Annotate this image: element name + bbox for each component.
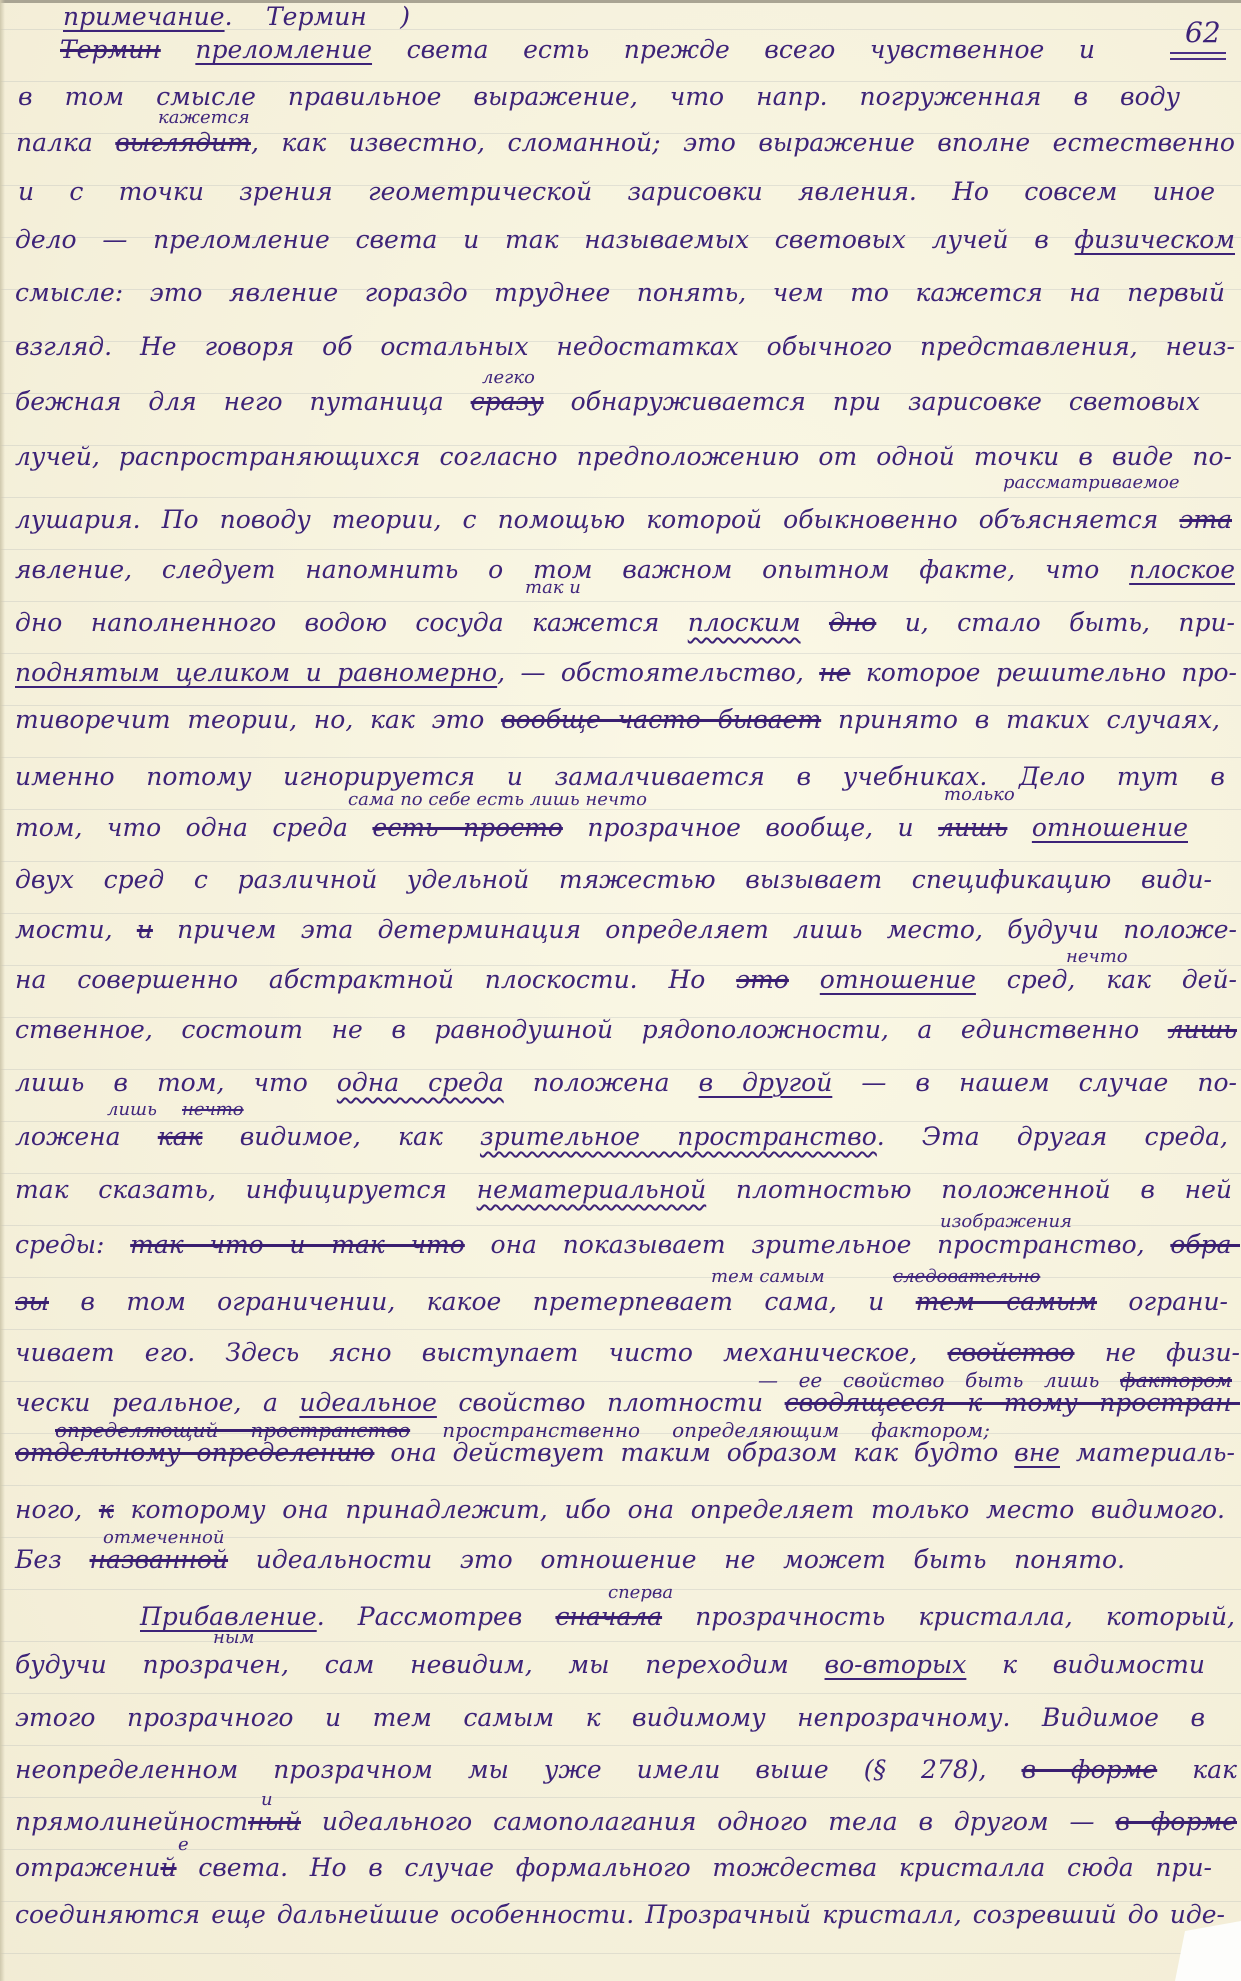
text-segment: идеального самополагания одного тела в д… (301, 1807, 1115, 1836)
struck-text: в форме (1115, 1807, 1237, 1836)
text-segment: взгляд. Не говоря об остальных недостатк… (15, 332, 1235, 361)
text-segment: бежная для него путаница (15, 387, 471, 416)
underlined-text: вне (1014, 1438, 1060, 1467)
struck-text: ный (248, 1807, 301, 1836)
text-segment: которое решительно про- (850, 658, 1237, 687)
page-left-edge (0, 0, 5, 1981)
text-line: этого прозрачного и тем самым к видимому… (15, 1702, 1205, 1734)
inserted-letter: и (261, 1789, 273, 1811)
underlined-text: физическом (1075, 225, 1235, 254)
struck-text: выглядит (115, 128, 251, 157)
text-segment: принято в таких случаях, (821, 705, 1220, 734)
text-segment: соединяются еще дальнейшие особенности. … (15, 1900, 1225, 1929)
struck-text: лишь (1168, 1015, 1237, 1044)
struck-text: в форме (1021, 1755, 1157, 1784)
text-segment: чески реальное, а (15, 1388, 299, 1417)
text-segment: сред, как дей- (976, 965, 1237, 994)
text-segment: положена (504, 1068, 699, 1097)
text-line: прямолинейностный идеального самополаган… (15, 1806, 1237, 1838)
text-line: дело — преломление света и так называемы… (15, 224, 1235, 256)
struck-text: сразу (471, 387, 544, 416)
text-segment: будучи прозрачен, сам невидим, мы перехо… (15, 1650, 825, 1679)
text-segment: двух сред с различной удельной тяжестью … (15, 865, 1212, 894)
wavy-underlined-text: плоским (688, 608, 801, 637)
text-line: лучей, распространяющихся согласно предп… (15, 441, 1232, 473)
text-segment: ложена (15, 1122, 158, 1151)
struck-text: дно (829, 608, 876, 637)
text-segment: она показывает зрительное пространство, (465, 1230, 1171, 1259)
text-segment: идеальности это отношение не может быть … (228, 1545, 1125, 1574)
text-segment (1007, 813, 1031, 842)
text-segment: среды: (15, 1230, 130, 1259)
text-segment (789, 965, 820, 994)
text-line: тиворечит теории, но, как это вообще час… (15, 704, 1220, 736)
text-segment: Без (15, 1545, 90, 1574)
text-segment: прозрачность кристалла, который, (662, 1602, 1235, 1631)
struck-text: зы (15, 1287, 49, 1316)
text-line: отдельному определению она действует так… (15, 1437, 1235, 1469)
struck-text: эта (1179, 505, 1232, 534)
underlined-text: плоское (1129, 555, 1235, 584)
struck-text: сначала (555, 1602, 662, 1631)
text-segment: дно наполненного водою сосуда кажется (15, 608, 688, 637)
wavy-underlined-text: одна среда (337, 1068, 504, 1097)
text-segment: света. Но в случае формального тождества… (177, 1853, 1212, 1882)
text-line: палка выглядит, как известно, сломанной;… (16, 127, 1235, 159)
inserted-word: кажется (158, 107, 250, 129)
text-line: лушария. По поводу теории, с помощью кот… (15, 504, 1232, 536)
struck-text: лишь (938, 813, 1007, 842)
underlined-text: поднятым целиком и равномерно (15, 658, 497, 687)
struck-text: названной (90, 1545, 229, 1574)
text-segment: том, что одна среда (15, 813, 372, 842)
inserted-word: легко (482, 367, 535, 389)
struck-text: есть просто (372, 813, 563, 842)
text-segment: как (1157, 1755, 1237, 1784)
inserted-word: нечто (1066, 946, 1128, 968)
text-segment: лушария. По поводу теории, с помощью кот… (15, 505, 1179, 534)
text-segment: неопределенном прозрачном мы уже имели в… (15, 1755, 1021, 1784)
struck-text: свойство (947, 1338, 1074, 1367)
text-segment: света есть прежде всего чувственное и (372, 35, 1095, 64)
text-line: том, что одна среда есть просто прозрачн… (15, 812, 1188, 844)
text-segment: материаль- (1060, 1438, 1235, 1467)
inserted-letter: е (178, 1834, 189, 1856)
text-line: будучи прозрачен, сам невидим, мы перехо… (15, 1649, 1205, 1681)
text-line: неопределенном прозрачном мы уже имели в… (15, 1754, 1237, 1786)
text-segment: мости, (15, 915, 137, 944)
text-line: зы в том ограничении, какое претерпевает… (15, 1286, 1228, 1318)
text-segment: лишь в том, что (15, 1068, 337, 1097)
text-segment: смысле: это явление гораздо труднее поня… (15, 278, 1225, 307)
text-line: ного, к которому она принадлежит, ибо он… (15, 1494, 1225, 1526)
text-segment (161, 35, 196, 64)
inserted-word: рассматриваемое (1003, 472, 1180, 494)
text-segment: причем эта детерминация определяет лишь … (153, 915, 1237, 944)
inserted-word: отмеченной (103, 1527, 224, 1549)
text-segment: тиворечит теории, но, как это (15, 705, 501, 734)
text-segment: . Рассмотрев (317, 1602, 556, 1631)
inserted-word: только (944, 784, 1015, 806)
text-line: и с точки зрения геометрической зарисовк… (18, 176, 1215, 208)
text-line: чивает его. Здесь ясно выступает чисто м… (15, 1337, 1240, 1369)
page-number: 62 (1185, 18, 1221, 48)
struck-text: тем самым (916, 1287, 1097, 1316)
heading-inserted-term: . Термин ) (225, 2, 410, 31)
inserted-word: так и (525, 577, 581, 599)
text-line: бежная для него путаница сразу обнаружив… (15, 386, 1200, 418)
struck-text: к (99, 1495, 114, 1524)
struck-text: отдельному определению (15, 1438, 374, 1467)
text-segment: так сказать, инфицируется (15, 1175, 477, 1204)
struck-text: как (158, 1122, 203, 1151)
text-segment: отражени (15, 1853, 160, 1882)
text-segment: не физи- (1075, 1338, 1241, 1367)
underlined-text: преломление (195, 35, 372, 64)
text-segment: . Эта другая среда, (877, 1122, 1228, 1151)
struck-text: так что и так что (130, 1230, 465, 1259)
text-segment: лучей, распространяющихся согласно предп… (15, 442, 1232, 471)
text-segment: ограни- (1097, 1287, 1228, 1316)
wavy-underlined-text: нематериальной (477, 1175, 707, 1204)
struck-text: и (137, 915, 153, 944)
text-line: дно наполненного водою сосуда кажется пл… (15, 607, 1235, 639)
struck-text: не (819, 658, 850, 687)
manuscript-page: 62 примечание. Термин ) Термин преломлен… (0, 0, 1241, 1981)
text-line: ственное, состоит не в равнодушной рядоп… (15, 1014, 1237, 1046)
text-segment: она действует таким образом как будто (374, 1438, 1014, 1467)
text-line: Прибавление. Рассмотрев сначала прозрачн… (140, 1601, 1235, 1633)
inserted-word: сперва (608, 1582, 673, 1604)
text-segment: обнаруживается при зарисовке световых (544, 387, 1200, 416)
text-segment: на совершенно абстрактной плоскости. Но (15, 965, 736, 994)
text-segment (801, 608, 829, 637)
underlined-text: идеальное (299, 1388, 437, 1417)
page-number-underline (1170, 58, 1226, 60)
underlined-text: во-вторых (825, 1650, 967, 1679)
struck-text: сводящееся к тому простран- (785, 1388, 1240, 1417)
text-line: так сказать, инфицируется нематериальной… (15, 1174, 1232, 1206)
text-segment: именно потому игнорируется и замалчивает… (15, 762, 1225, 791)
struck-text: обра- (1170, 1230, 1240, 1259)
struck-text: это (736, 965, 789, 994)
struck-text: Термин (60, 35, 161, 64)
inserted-struck-word: нечто (182, 1099, 244, 1121)
struck-text: й (160, 1853, 176, 1882)
inserted-word: сама по себе есть лишь нечто (348, 789, 647, 811)
text-line: отражений света. Но в случае формального… (15, 1852, 1212, 1884)
text-segment: и, стало быть, при- (876, 608, 1235, 637)
heading-label: примечание (63, 2, 225, 31)
inserted-word: ным (213, 1627, 254, 1649)
text-line: поднятым целиком и равномерно, — обстоят… (15, 657, 1237, 689)
text-line: двух сред с различной удельной тяжестью … (15, 864, 1212, 896)
text-line: чески реальное, а идеальное свойство пло… (15, 1387, 1240, 1419)
text-segment: прозрачное вообще, и (563, 813, 938, 842)
text-line: среды: так что и так что она показывает … (15, 1229, 1240, 1261)
text-segment: которому она принадлежит, ибо она опреде… (114, 1495, 1225, 1524)
text-line: мости, и причем эта детерминация определ… (15, 914, 1237, 946)
text-line: соединяются еще дальнейшие особенности. … (15, 1899, 1225, 1931)
text-segment: свойство плотности (437, 1388, 785, 1417)
inserted-word: изображения (940, 1211, 1072, 1233)
struck-text: вообще часто бывает (501, 705, 821, 734)
text-segment: , как известно, сломанной; это выражение… (251, 128, 1235, 157)
text-segment: палка (16, 128, 115, 157)
inserted-word: тем самым (711, 1266, 825, 1288)
underlined-text: отношение (820, 965, 976, 994)
text-segment: чивает его. Здесь ясно выступает чисто м… (15, 1338, 947, 1367)
text-segment: видимое, как (203, 1122, 480, 1151)
underlined-text: в другой (699, 1068, 833, 1097)
text-line: Термин преломление света есть прежде все… (60, 34, 1095, 66)
text-segment: и с точки зрения геометрической зарисовк… (18, 177, 1215, 206)
text-segment: к видимости (966, 1650, 1205, 1679)
text-line: смысле: это явление гораздо труднее поня… (15, 277, 1225, 309)
remark-heading: примечание. Термин ) (63, 1, 410, 33)
inserted-struck-word: следовательно (893, 1266, 1040, 1288)
underlined-text: отношение (1032, 813, 1188, 842)
text-segment: плотностью положенной в ней (706, 1175, 1232, 1204)
text-segment: дело — преломление света и так называемы… (15, 225, 1075, 254)
text-line: лишь в том, что одна среда положена в др… (15, 1067, 1237, 1099)
text-segment: , — обстоятельство, (497, 658, 819, 687)
text-segment: в том ограничении, какое претерпевает са… (49, 1287, 916, 1316)
text-segment: — в нашем случае по- (832, 1068, 1237, 1097)
page-number-underline (1170, 52, 1226, 54)
text-line: на совершенно абстрактной плоскости. Но … (15, 964, 1237, 996)
text-segment: прямолинейност (15, 1807, 248, 1836)
wavy-underlined-text: зрительное пространство (480, 1122, 877, 1151)
text-segment: ного, (15, 1495, 99, 1524)
text-line: взгляд. Не говоря об остальных недостатк… (15, 331, 1235, 363)
text-line: явление, следует напомнить о том важном … (15, 554, 1235, 586)
text-line: ложена как видимое, как зрительное прост… (15, 1121, 1228, 1153)
inserted-word: лишь (107, 1099, 157, 1121)
text-segment: ственное, состоит не в равнодушной рядоп… (15, 1015, 1168, 1044)
text-segment: этого прозрачного и тем самым к видимому… (15, 1703, 1205, 1732)
